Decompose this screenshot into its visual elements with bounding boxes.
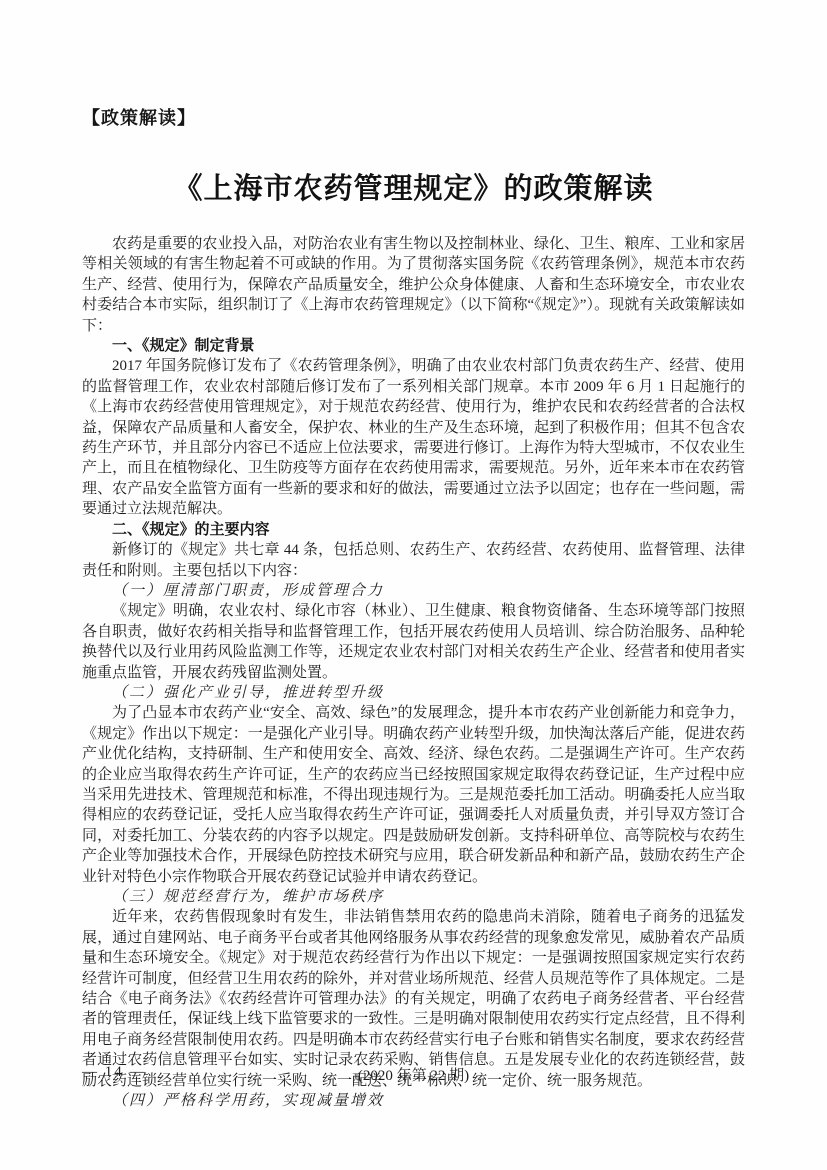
issue-label: (2020 年第 22 期) — [358, 1064, 469, 1085]
section-2-heading: 二、《规定》的主要内容 — [82, 520, 745, 540]
subsection-4-heading: （四）严格科学用药，实现减量增效 — [82, 1091, 745, 1111]
subsection-2-heading: （二）强化产业引导，推进转型升级 — [82, 683, 745, 703]
document-body: 农药是重要的农业投入品，对防治农业有害生物以及控制林业、绿化、卫生、粮库、工业和… — [82, 234, 745, 1111]
section-1-heading: 一、《规定》制定背景 — [82, 336, 745, 356]
category-tag: 【政策解读】 — [82, 104, 745, 130]
section-2-intro-paragraph: 新修订的《规定》共七章 44 条，包括总则、农药生产、农药经营、农药使用、监督管… — [82, 540, 745, 581]
document-page: 【政策解读】 《上海市农药管理规定》的政策解读 农药是重要的农业投入品，对防治农… — [0, 0, 827, 1170]
subsection-1-heading: （一）厘清部门职责，形成管理合力 — [82, 581, 745, 601]
subsection-2-paragraph: 为了凸显本市农药产业“安全、高效、绿色”的发展理念，提升本市农药产业创新能力和竞… — [82, 703, 745, 887]
intro-paragraph: 农药是重要的农业投入品，对防治农业有害生物以及控制林业、绿化、卫生、粮库、工业和… — [82, 234, 745, 336]
subsection-1-paragraph: 《规定》明确，农业农村、绿化市容（林业）、卫生健康、粮食物资储备、生态环境等部门… — [82, 601, 745, 683]
page-number: — 14 — — [82, 1064, 147, 1081]
page-title: 《上海市农药管理规定》的政策解读 — [82, 170, 745, 208]
subsection-3-heading: （三）规范经营行为，维护市场秩序 — [82, 887, 745, 907]
page-footer: — 14 — (2020 年第 22 期) — [82, 1064, 745, 1081]
section-1-paragraph: 2017 年国务院修订发布了《农药管理条例》，明确了由农业农村部门负责农药生产、… — [82, 356, 745, 519]
